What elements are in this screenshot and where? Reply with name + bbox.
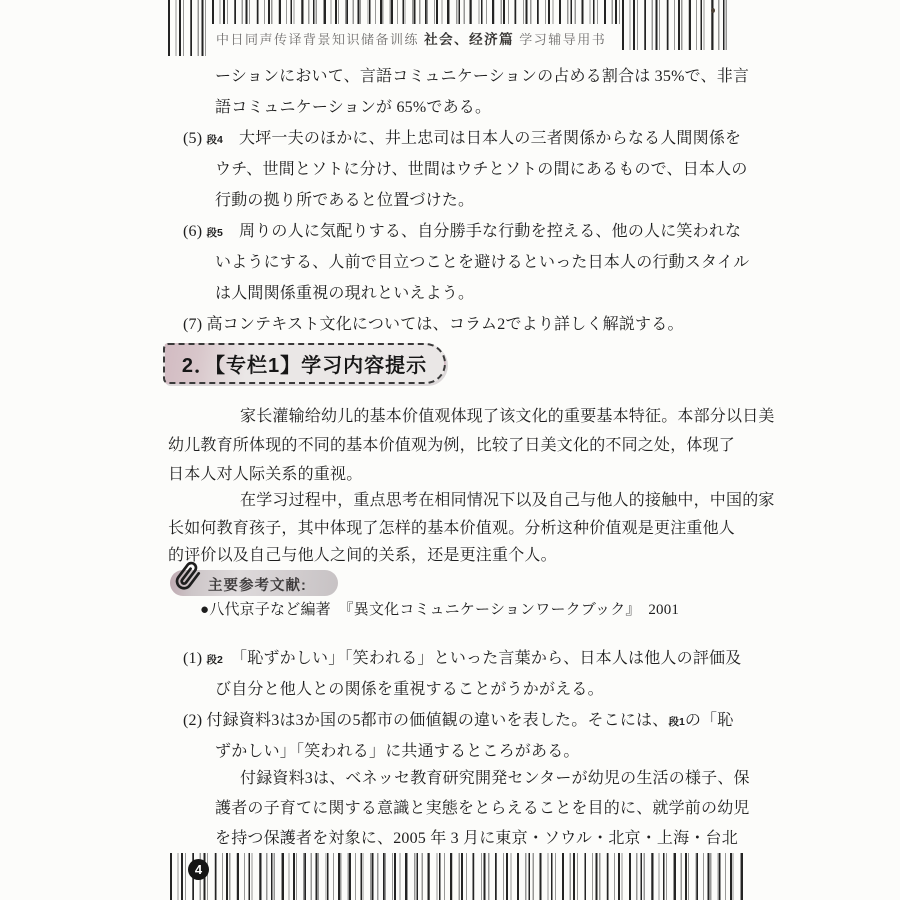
volume-title: 社会、经济篇 bbox=[424, 32, 514, 47]
references-label: 主要参考文献: bbox=[208, 574, 307, 595]
text-line: (5) 段4 大坪一夫のほかに、井上忠司は日本人の三者関係からなる人間関係を bbox=[183, 128, 741, 151]
text-line: 付録資料3は、ベネッセ教育研究開発センターが幼児の生活の様子、保 bbox=[240, 768, 750, 789]
text-line: 的评价以及自己与他人之间的关系，还是更注重个人。 bbox=[168, 545, 557, 566]
top-hatch-middle bbox=[212, 0, 620, 24]
text-segment: (2) 付録資料3は3か国の5都市の価値観の違いを表した。そこには、 bbox=[183, 712, 668, 729]
page-number-badge: 4 bbox=[188, 859, 209, 880]
text-segment: を持つ保護者を対象に、2005 年 3 月に東京・ソウル・北京・上海・台北 bbox=[215, 830, 738, 847]
text-segment: は人間関係重視の現れといえよう。 bbox=[215, 285, 474, 302]
text-segment: (7) 高コンテキスト文化については、コラム2でより詳しく解説する。 bbox=[183, 316, 684, 333]
text-line: ●八代京子など編著 『異文化コミュニケーションワークブック』 2001 bbox=[200, 600, 679, 621]
text-line: 行動の拠り所であると位置づけた。 bbox=[215, 190, 474, 211]
text-line: いようにする、人前で目立つことを避けるといった日本人の行動スタイル bbox=[215, 252, 749, 273]
text-segment: いようにする、人前で目立つことを避けるといった日本人の行動スタイル bbox=[215, 254, 749, 271]
text-line: 长如何教育孩子，其中体现了怎样的基本价值观。分析这种价值观是更注重他人 bbox=[168, 518, 735, 539]
ink-speck bbox=[711, 8, 715, 13]
text-segment: の「恥 bbox=[685, 712, 734, 729]
section-heading: 2．【专栏1】学习内容提示 bbox=[163, 343, 446, 384]
paragraph-ref-marker: 段5 bbox=[206, 227, 222, 239]
text-line: ずかしい」「笑われる」に共通するところがある。 bbox=[215, 741, 580, 762]
text-segment: 大坪一夫のほかに、井上忠司は日本人の三者関係からなる人間関係を bbox=[223, 130, 741, 147]
top-hatch-left bbox=[168, 0, 208, 56]
page-header: 中日同声传译背景知识储备训练 社会、经济篇 学习辅导用书 bbox=[216, 28, 606, 48]
text-line: (2) 付録資料3は3か国の5都市の価値観の違いを表した。そこには、段1の「恥 bbox=[183, 710, 733, 733]
text-segment: ウチ、世間とソトに分け、世間はウチとソトの間にあるもので、日本人の bbox=[215, 161, 748, 178]
text-segment: (1) bbox=[183, 650, 206, 667]
text-line: 語コミュニケーションが 65%である。 bbox=[215, 97, 491, 118]
text-line: 護者の子育てに関する意識と実態をとらえることを目的に、就学前の幼児 bbox=[215, 798, 750, 819]
text-segment: び自分と他人との関係を重視することがうかがえる。 bbox=[215, 681, 604, 698]
text-segment: 付録資料3は、ベネッセ教育研究開発センターが幼児の生活の様子、保 bbox=[240, 770, 750, 787]
text-line: ウチ、世間とソトに分け、世間はウチとソトの間にあるもので、日本人の bbox=[215, 159, 748, 180]
text-segment: 護者の子育てに関する意識と実態をとらえることを目的に、就学前の幼児 bbox=[215, 800, 750, 817]
text-segment: 「恥ずかしい」「笑われる」といった言葉から、日本人は他人の評価及 bbox=[223, 650, 742, 667]
series-title: 中日同声传译背景知识储备训练 bbox=[216, 32, 419, 47]
paragraph-ref-marker: 段2 bbox=[206, 654, 222, 666]
text-segment: (6) bbox=[183, 223, 206, 240]
text-line: (1) 段2 「恥ずかしい」「笑われる」といった言葉から、日本人は他人の評価及 bbox=[183, 648, 741, 671]
text-line: 日本人对人际关系的重视。 bbox=[168, 464, 362, 485]
text-line: を持つ保護者を対象に、2005 年 3 月に東京・ソウル・北京・上海・台北 bbox=[215, 828, 738, 849]
text-line: 幼儿教育所体现的不同的基本价值观为例，比较了日美文化的不同之处，体现了 bbox=[168, 435, 735, 456]
text-line: ーションにおいて、言語コミュニケーションの占める割合は 35%で、非言 bbox=[215, 66, 749, 87]
paragraph-ref-marker: 段4 bbox=[206, 134, 222, 146]
text-line: (6) 段5 周りの人に気配りする、自分勝手な行動を控える、他の人に笑われな bbox=[183, 221, 741, 244]
text-segment: 长如何教育孩子，其中体现了怎样的基本价值观。分析这种价值观是更注重他人 bbox=[168, 520, 735, 537]
text-segment: ●八代京子など編著 『異文化コミュニケーションワークブック』 2001 bbox=[200, 602, 679, 618]
text-line: は人間関係重視の現れといえよう。 bbox=[215, 283, 474, 304]
text-segment: 行動の拠り所であると位置づけた。 bbox=[215, 192, 474, 209]
text-line: (7) 高コンテキスト文化については、コラム2でより詳しく解説する。 bbox=[183, 314, 684, 335]
text-segment: 周りの人に気配りする、自分勝手な行動を控える、他の人に笑われな bbox=[223, 223, 741, 240]
paragraph-ref-marker: 段1 bbox=[668, 716, 684, 728]
book-type: 学习辅导用书 bbox=[519, 32, 606, 47]
text-segment: 幼儿教育所体现的不同的基本价值观为例，比较了日美文化的不同之处，体现了 bbox=[168, 437, 735, 454]
page-number: 4 bbox=[195, 862, 202, 877]
text-line: 家长灌输给幼儿的基本价值观体现了该文化的重要基本特征。本部分以日美 bbox=[240, 406, 775, 427]
text-segment: ずかしい」「笑われる」に共通するところがある。 bbox=[215, 743, 580, 760]
bottom-hatch bbox=[170, 853, 743, 900]
text-segment: 在学习过程中，重点思考在相同情况下以及自己与他人的接触中，中国的家 bbox=[240, 492, 775, 509]
text-segment: 家长灌输给幼儿的基本价值观体现了该文化的重要基本特征。本部分以日美 bbox=[240, 408, 775, 425]
text-segment: 語コミュニケーションが 65%である。 bbox=[215, 99, 491, 116]
page: 中日同声传译背景知识储备训练 社会、经济篇 学习辅导用书 2．【专栏1】学习内容… bbox=[0, 0, 900, 900]
text-segment: ーションにおいて、言語コミュニケーションの占める割合は 35%で、非言 bbox=[215, 68, 749, 85]
text-segment: (5) bbox=[183, 130, 206, 147]
text-segment: 的评价以及自己与他人之间的关系，还是更注重个人。 bbox=[168, 547, 557, 564]
text-line: 在学习过程中，重点思考在相同情况下以及自己与他人的接触中，中国的家 bbox=[240, 490, 775, 511]
section-heading-label: 2．【专栏1】学习内容提示 bbox=[182, 349, 427, 378]
text-segment: 日本人对人际关系的重视。 bbox=[168, 466, 362, 483]
text-line: び自分と他人との関係を重視することがうかがえる。 bbox=[215, 679, 604, 700]
